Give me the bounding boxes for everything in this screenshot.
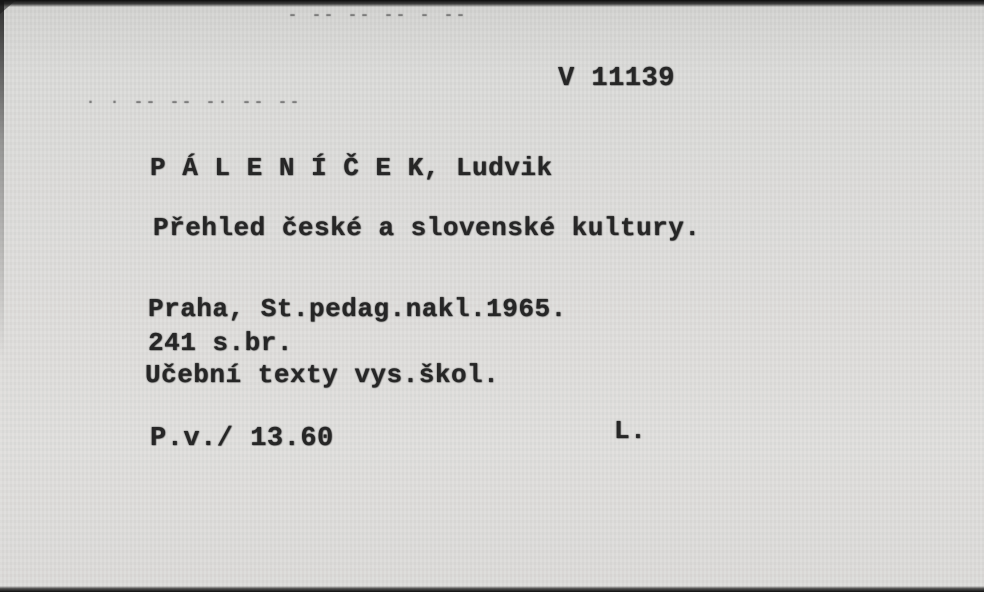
price-code: P.v./ 13.60 [150, 424, 334, 454]
collation-line: 241 s.br. [148, 328, 293, 358]
scan-corner-shadow [0, 0, 16, 14]
scan-edge-left [0, 0, 4, 360]
series-note-line: Učební texty vys.škol. [145, 360, 499, 390]
title-line: Přehled české a slovenské kultury. [153, 213, 701, 243]
pencil-dash-marks-left: · · ‐‐ ‐‐ ‐· ‐‐ ‐‐ [86, 94, 302, 111]
pencil-dash-marks-top: ‐ ‐‐ ‐‐ ‐‐ ‐ ‐‐ [288, 7, 468, 24]
author-heading: P Á L E N Í Č E K, Ludvik [150, 153, 553, 183]
scan-edge-top [0, 0, 984, 7]
call-number: V 11139 [558, 64, 675, 94]
library-catalog-card-scan: ‐ ‐‐ ‐‐ ‐‐ ‐ ‐‐ · · ‐‐ ‐‐ ‐· ‐‐ ‐‐ V 111… [0, 0, 984, 592]
imprint-line: Praha, St.pedag.nakl.1965. [148, 294, 567, 324]
scan-edge-bottom [0, 586, 984, 592]
letter-mark: L. [614, 416, 646, 446]
